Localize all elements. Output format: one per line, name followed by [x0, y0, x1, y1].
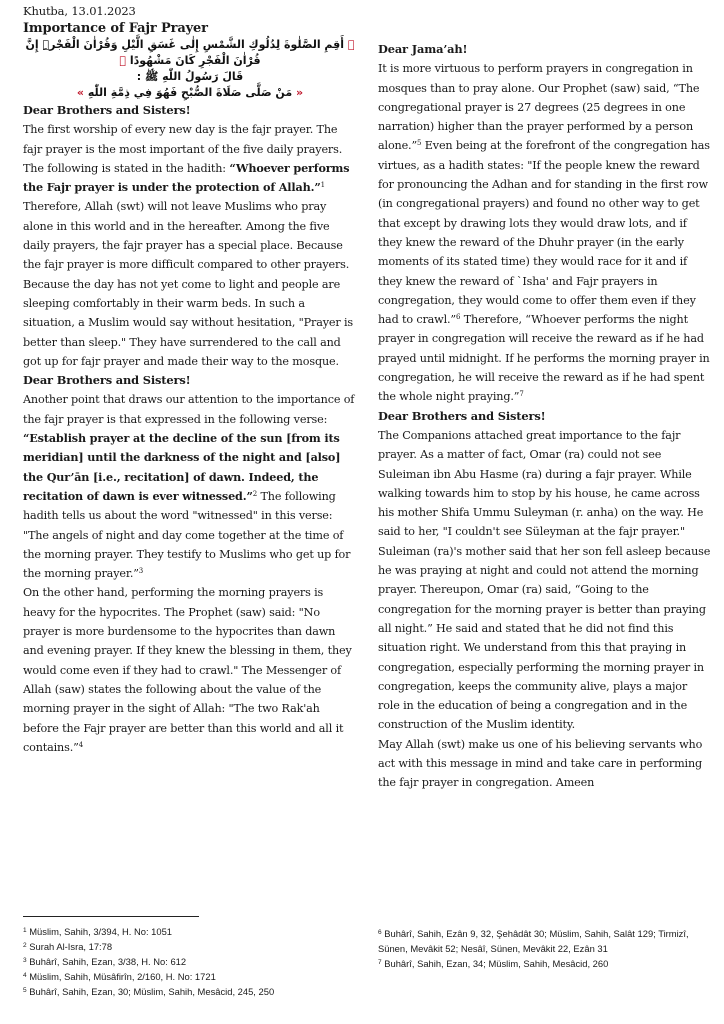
paragraph: It is more virtuous to perform prayers i…	[378, 59, 712, 406]
footnote-ref[interactable]: 7	[519, 390, 523, 398]
footnote-ref[interactable]: 4	[79, 741, 83, 749]
arabic-hadith-intro: قَالَ رَسُولُ اللّٰهِ ﷺ :	[23, 69, 357, 85]
left-column: Khutba, 13.01.2023 Importance of Fajr Pr…	[23, 0, 357, 757]
paragraph: Another point that draws our attention t…	[23, 390, 357, 583]
verse-close-bracket-icon: ﴾	[119, 54, 126, 67]
paragraph-text: Therefore, “Whoever performs the night p…	[378, 313, 710, 403]
footnote-1: 1 Müslim, Sahih, 3/394, H. No: 1051	[23, 924, 353, 939]
footnotes-left: 1 Müslim, Sahih, 3/394, H. No: 1051 2 Su…	[23, 924, 353, 999]
arabic-hadith: « مَنْ صَلَّى صَلَاةَ الصُّبْحِ فَهُوَ ف…	[23, 85, 357, 101]
paragraph: The Companions attached great importance…	[378, 426, 712, 735]
footnote-number: 4	[23, 972, 27, 979]
hadith-close-quote-icon: »	[77, 86, 84, 99]
footnote-number: 5	[23, 987, 27, 994]
paragraph-text: Therefore, Allah (swt) will not leave Mu…	[23, 200, 353, 367]
hadith-open-quote-icon: «	[296, 86, 303, 99]
footnote-text: Buhârî, Sahih, Ezan, 34; Müslim, Sahih, …	[384, 958, 608, 969]
paragraph-text: Even being at the forefront of the congr…	[378, 139, 710, 326]
footnote-7: 7 Buhârî, Sahih, Ezan, 34; Müslim, Sahih…	[378, 956, 712, 971]
footnote-text: Buhârî, Sahih, Ezan, 30; Müslim, Sahih, …	[29, 986, 274, 997]
dateline: Khutba, 13.01.2023	[23, 2, 357, 20]
paragraph-text: The following hadith tells us about the …	[23, 490, 350, 580]
section-heading: Dear Brothers and Sisters!	[23, 371, 357, 390]
footnote-4: 4 Müslim, Sahih, Müsâfirîn, 2/160, H. No…	[23, 969, 353, 984]
footnote-text: Müslim, Sahih, Müsâfirîn, 2/160, H. No: …	[29, 971, 216, 982]
footnote-text: Surah Al-Isra, 17:78	[29, 941, 112, 952]
verse-open-bracket-icon: ﴿	[348, 38, 355, 51]
footnote-6: 6 Buhârî, Sahih, Ezân 9, 32, Şehâdât 30;…	[378, 926, 712, 956]
footnote-number: 7	[378, 959, 382, 966]
footnote-number: 6	[378, 929, 382, 936]
section-heading: Dear Brothers and Sisters!	[23, 101, 357, 120]
paragraph-text: On the other hand, performing the mornin…	[23, 586, 352, 753]
footnote-5: 5 Buhârî, Sahih, Ezan, 30; Müslim, Sahih…	[23, 984, 353, 999]
page-title: Importance of Fajr Prayer	[23, 20, 357, 37]
section-heading: Dear Jama’ah!	[378, 40, 712, 59]
footnote-number: 3	[23, 957, 27, 964]
footnote-2: 2 Surah Al-Isra, 17:78	[23, 939, 353, 954]
footnote-text: Buhârî, Sahih, Ezan, 3/38, H. No: 612	[29, 956, 186, 967]
arabic-verse: ﴿ أَقِمِ الصَّلٰوةَ لِدُلُوكِ الشَّمْسِ …	[23, 37, 357, 69]
footnotes-right: 6 Buhârî, Sahih, Ezân 9, 32, Şehâdât 30;…	[378, 926, 712, 971]
section-heading: Dear Brothers and Sisters!	[378, 407, 712, 426]
paragraph-text: Another point that draws our attention t…	[23, 393, 354, 425]
closing-prayer: May Allah (swt) make us one of his belie…	[378, 735, 712, 793]
footnote-ref[interactable]: 3	[139, 567, 143, 575]
paragraph: The first worship of every new day is th…	[23, 120, 357, 371]
footnote-number: 1	[23, 927, 27, 934]
right-column: Dear Jama’ah! It is more virtuous to per…	[378, 0, 712, 793]
footnote-text: Müslim, Sahih, 3/394, H. No: 1051	[29, 926, 172, 937]
footnote-ref[interactable]: 1	[321, 181, 325, 189]
footnote-separator	[23, 916, 199, 917]
footnote-text: Buhârî, Sahih, Ezân 9, 32, Şehâdât 30; M…	[378, 928, 689, 954]
paragraph: On the other hand, performing the mornin…	[23, 583, 357, 757]
footnote-3: 3 Buhârî, Sahih, Ezan, 3/38, H. No: 612	[23, 954, 353, 969]
footnote-number: 2	[23, 942, 27, 949]
arabic-verse-text: أَقِمِ الصَّلٰوةَ لِدُلُوكِ الشَّمْسِ إِ…	[25, 38, 344, 67]
arabic-hadith-text: مَنْ صَلَّى صَلَاةَ الصُّبْحِ فَهُوَ فِي…	[88, 86, 292, 99]
